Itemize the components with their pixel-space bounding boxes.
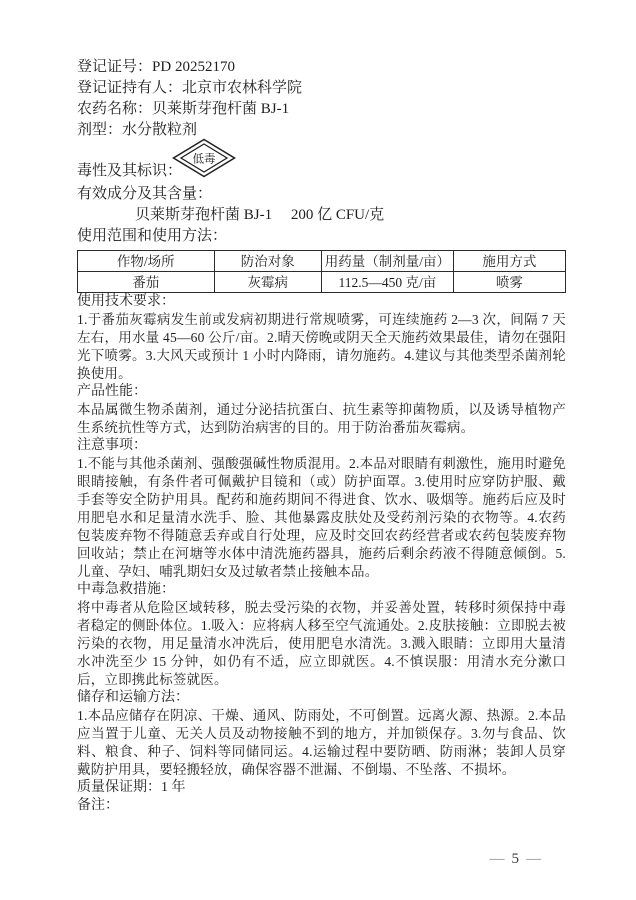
low-toxicity-diamond-icon: 低毒 [172,138,236,178]
section-heading: 中毒急救措施： [77,581,566,599]
section-precautions: 注意事项： 1.不能与其他杀菌剂、强酸强碱性物质混用。2.本品对眼睛有刺激性，施… [77,437,566,581]
page-number-dash-left: — [484,851,512,867]
warranty-line: 质量保证期：1 年 [77,779,566,797]
pesticide-name-label: 农药名称： [77,101,152,117]
section-body: 本品属微生物杀菌剂，通过分泌拮抗蛋白、抗生素等抑菌物质，以及诱导植物产生系统抗性… [77,401,566,437]
low-toxicity-text: 低毒 [193,152,216,166]
usage-cell-dosage: 112.5—450 克/亩 [321,272,453,293]
formulation-value: 水分散粒剂 [122,122,197,138]
ingredients-heading: 有效成分及其含量： [77,184,566,205]
usage-col-crop: 作物/场所 [78,251,215,272]
page-number-value: 5 [512,851,521,867]
pesticide-name-value: 贝莱斯芽孢杆菌 BJ-1 [152,101,289,117]
usage-cell-method: 喷雾 [453,272,565,293]
registration-number-value: PD 20252170 [152,59,235,75]
registration-holder-label: 登记证持有人： [77,80,182,96]
section-body: 1.于番茄灰霉病发生前或发病初期进行常规喷雾，可连续施药 2—3 次，间隔 7 … [77,311,566,383]
warranty-label: 质量保证期： [77,780,161,795]
warranty-value: 1 年 [161,780,186,795]
section-heading: 注意事项： [77,437,566,455]
usage-cell-target: 灰霉病 [214,272,321,293]
usage-col-dosage: 用药量（制剂量/亩） [321,251,453,272]
section-heading: 使用技术要求： [77,293,566,311]
section-technical-requirements: 使用技术要求： 1.于番茄灰霉病发生前或发病初期进行常规喷雾，可连续施药 2—3… [77,293,566,383]
section-heading: 储存和运输方法： [77,689,566,707]
registration-holder-value: 北京市农林科学院 [182,80,302,96]
usage-heading: 使用范围和使用方法： [77,226,566,247]
document-page: 登记证号：PD 20252170 登记证持有人：北京市农林科学院 农药名称：贝莱… [77,57,566,815]
registration-number-label: 登记证号： [77,59,152,75]
usage-table: 作物/场所 防治对象 用药量（制剂量/亩） 施用方式 番茄 灰霉病 112.5—… [77,250,566,293]
remarks-line: 备注： [77,797,566,815]
usage-table-header-row: 作物/场所 防治对象 用药量（制剂量/亩） 施用方式 [78,251,566,272]
toxicity-label: 毒性及其标识： [77,162,182,180]
ingredients-content: 贝莱斯芽孢杆菌 BJ-1 200 亿 CFU/克 [77,205,566,226]
page-number: —5— [484,851,549,868]
section-body: 1.不能与其他杀菌剂、强酸强碱性物质混用。2.本品对眼睛有刺激性，施用时避免眼睛… [77,455,566,581]
usage-cell-crop: 番茄 [78,272,215,293]
page-number-dash-right: — [520,851,548,867]
formulation-line: 剂型：水分散粒剂 [77,120,566,141]
usage-col-target: 防治对象 [214,251,321,272]
section-body: 1.本品应储存在阴凉、干燥、通风、防雨处，不可倒置。远离火源、热源。2.本品应当… [77,707,566,779]
remarks-label: 备注： [77,798,119,813]
section-body: 将中毒者从危险区域转移，脱去受污染的衣物，并妥善处置，转移时须保持中毒者稳定的侧… [77,599,566,689]
section-heading: 产品性能： [77,383,566,401]
usage-col-method: 施用方式 [453,251,565,272]
formulation-label: 剂型： [77,122,122,138]
section-product-performance: 产品性能： 本品属微生物杀菌剂，通过分泌拮抗蛋白、抗生素等抑菌物质，以及诱导植物… [77,383,566,437]
registration-holder-line: 登记证持有人：北京市农林科学院 [77,78,566,99]
section-storage-transport: 储存和运输方法： 1.本品应储存在阴凉、干燥、通风、防雨处，不可倒置。远离火源、… [77,689,566,779]
registration-number-line: 登记证号：PD 20252170 [77,57,566,78]
toxicity-section: 毒性及其标识： 低毒 [77,141,566,184]
pesticide-name-line: 农药名称：贝莱斯芽孢杆菌 BJ-1 [77,99,566,120]
section-first-aid: 中毒急救措施： 将中毒者从危险区域转移，脱去受污染的衣物，并妥善处置，转移时须保… [77,581,566,689]
usage-table-row: 番茄 灰霉病 112.5—450 克/亩 喷雾 [78,272,566,293]
